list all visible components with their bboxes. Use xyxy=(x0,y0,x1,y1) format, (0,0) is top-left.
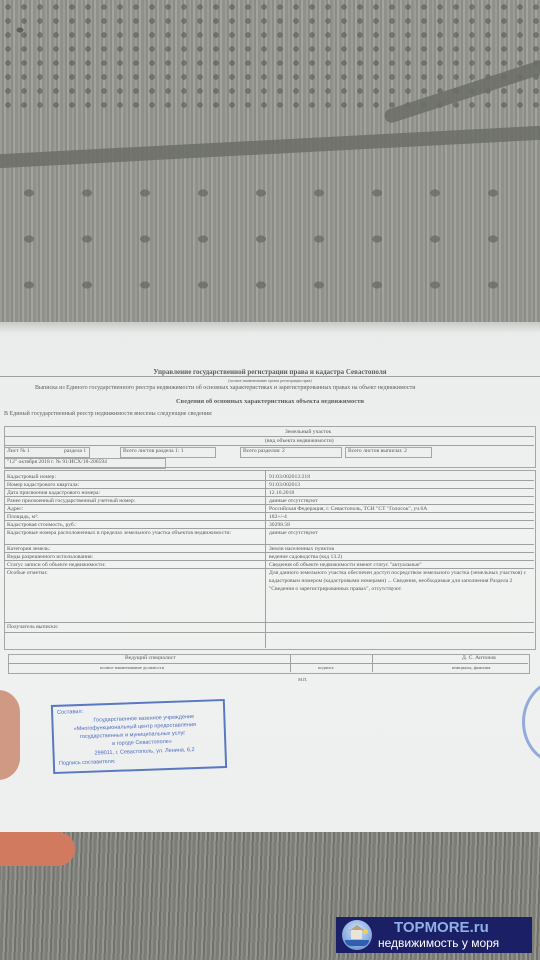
field-value: ведение садоводства (код 13.2) xyxy=(269,553,534,561)
brand-tagline: недвижимость у моря xyxy=(378,936,499,950)
thumb xyxy=(0,690,20,780)
section-title: Сведения об основных характеристиках объ… xyxy=(0,398,540,405)
field-value: 91:03:002013 xyxy=(269,481,534,489)
total-sheets-section: Всего листов раздела 1: 1 xyxy=(123,448,184,454)
authority-caption: (полное наименование органа регистрации … xyxy=(0,378,540,383)
divider xyxy=(4,436,534,437)
position-caption: полное наименование должности xyxy=(100,665,164,670)
field-value: данные отсутствуют xyxy=(269,529,534,537)
wall-texture xyxy=(0,170,540,330)
field-value: 30298.58 xyxy=(269,521,534,529)
finger xyxy=(0,832,75,866)
field-label: Особые отметки: xyxy=(7,569,48,577)
seal-place: М.П. xyxy=(298,677,308,682)
field-label: Статус записи об объекте недвижимости: xyxy=(7,561,106,569)
field-value: Для данного земельного участка обеспечен… xyxy=(269,569,534,593)
name-caption: инициалы, фамилия xyxy=(452,665,491,670)
section-number: раздела 1 xyxy=(64,448,86,454)
signer-name: Д. С. Антонов xyxy=(462,655,496,661)
signature-table xyxy=(8,654,530,674)
field-value: Российская Федерация, г. Севастополь, ТС… xyxy=(269,505,534,513)
divider xyxy=(8,663,528,664)
field-label: Виды разрешенного использования: xyxy=(7,553,93,561)
house-shape xyxy=(351,930,362,939)
stamp-line: 299011, г. Севастополь, ул. Ленина, 6,2 xyxy=(94,747,194,756)
total-sheets-extract: Всего листов выписки: 2 xyxy=(348,448,407,454)
stamp-composed-label: Составил: xyxy=(57,709,83,716)
field-value: Сведения об объекте недвижимости имеют с… xyxy=(269,561,534,569)
topmore-badge[interactable]: TOPMORE.ru недвижимость у моря xyxy=(336,917,532,953)
field-value: 91:03:002013:218 xyxy=(269,473,534,481)
authority-title: Управление государственной регистрации п… xyxy=(0,368,540,376)
field-label: Адрес: xyxy=(7,505,23,513)
signer-position: Ведущий специалист xyxy=(125,655,176,661)
paper-edge-shadow xyxy=(0,322,540,334)
stamp-line: в городе Севастополе» xyxy=(112,739,172,747)
field-value: 182+/-4 xyxy=(269,513,534,521)
field-label: Кадастровые номера расположенных в преде… xyxy=(7,529,231,537)
sheet-number: Лист № 1 xyxy=(7,448,30,454)
field-value: Земли населенных пунктов xyxy=(269,545,534,553)
divider xyxy=(0,376,540,377)
row-divider xyxy=(4,622,534,623)
object-type-caption: (вид объекта недвижимости) xyxy=(265,438,334,444)
stamp-signature-label: Подпись составителя: xyxy=(59,759,116,767)
document-sheet: Управление государственной регистрации п… xyxy=(0,322,540,832)
field-label: Площадь, м²: xyxy=(7,513,38,521)
field-label: Дата присвоения кадастрового номера: xyxy=(7,489,100,497)
field-label: Категория земель: xyxy=(7,545,50,553)
row-divider xyxy=(4,632,534,633)
date-number: "12" октября 2018 г. № 91/ИСХ/18-206594 xyxy=(7,459,107,465)
object-type: Земельный участок xyxy=(285,429,331,435)
field-label: Получатель выписки: xyxy=(7,623,58,631)
house-logo-icon xyxy=(342,920,372,950)
wall-pattern-band xyxy=(0,125,540,168)
field-value: 12.10.2018 xyxy=(269,489,534,497)
sun-shape xyxy=(363,929,368,934)
field-label: Кадастровая стоимость, руб.: xyxy=(7,521,77,529)
field-value: данные отсутствуют xyxy=(269,497,534,505)
round-seal xyxy=(522,679,540,765)
mfc-stamp: Составил: Государственное казенное учреж… xyxy=(51,699,227,774)
sea-shape xyxy=(345,940,369,946)
field-label: Ранее присвоенный государственный учетны… xyxy=(7,497,135,505)
divider xyxy=(4,445,534,446)
sign-caption: подпись xyxy=(318,665,334,670)
extract-title: Выписка из Единого государственного реес… xyxy=(35,385,415,391)
brand-name: TOPMORE.ru xyxy=(394,919,489,936)
field-label: Кадастровый номер: xyxy=(7,473,56,481)
intro-text: В Единый государственный реестр недвижим… xyxy=(4,411,213,417)
field-label: Номер кадастрового квартала: xyxy=(7,481,79,489)
total-sections: Всего разделов: 2 xyxy=(243,448,285,454)
wall-background xyxy=(0,0,540,330)
